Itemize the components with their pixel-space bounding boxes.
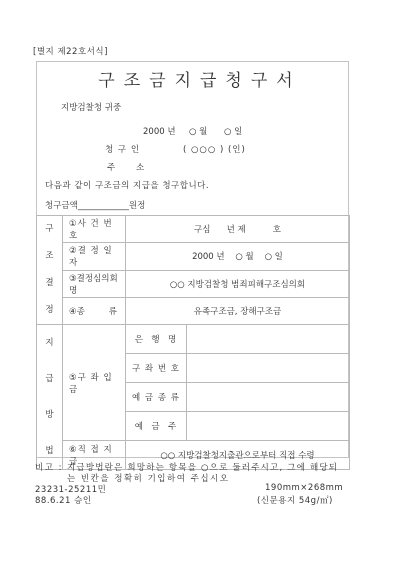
account-number-label: 구 좌 번 호: [126, 354, 187, 383]
decision-date-label: ②결 정 일 자: [63, 243, 126, 270]
amount-suffix: 원정: [129, 201, 145, 211]
decision-and-payment-table: 구 조 결 정 ①사 건 번 호 구심 년 제 호 ②결 정 일 자 2000 …: [36, 215, 350, 470]
account-transfer-label[interactable]: ⑤구 좌 입 금: [63, 325, 126, 441]
decision-section-label: 구 조 결 정: [37, 216, 63, 325]
amount-label: 청구금액: [45, 201, 78, 211]
table-row: ②결 정 일 자 2000 년 ○ 월 ○ 일: [37, 243, 350, 270]
table-row: 지 급 방 법 ⑤구 좌 입 금 은 행 명: [37, 325, 350, 354]
document-title: 구조금지급청구서: [0, 66, 400, 91]
decision-date-value[interactable]: 2000 년 ○ 월 ○ 일: [126, 243, 350, 270]
request-sentence: 다음과 같이 구조금의 지급을 청구합니다.: [45, 179, 209, 191]
type-value[interactable]: 유족구조금, 장해구조금: [126, 297, 350, 324]
addressee: 지방검찰청 귀중: [61, 101, 121, 113]
deposit-type-label: 예 금 종 류: [126, 383, 187, 412]
table-row: ④종 류 유족구조금, 장해구조금: [37, 297, 350, 324]
council-name-value[interactable]: ○○ 지방검찰청 범죄피해구조심의회: [126, 270, 350, 297]
deposit-type-field[interactable]: [187, 383, 350, 412]
claimant-value[interactable]: ( ○○○ ) (인): [183, 143, 246, 155]
remarks-prefix: 비고 :: [35, 461, 63, 473]
bank-name-field[interactable]: [187, 325, 350, 354]
table-row: ③결정심의회명 ○○ 지방검찰청 범죄피해구조심의회: [37, 270, 350, 297]
type-label: ④종 류: [63, 297, 126, 324]
amount-blank[interactable]: ____________: [78, 201, 129, 211]
date-year: 2000 년: [143, 125, 176, 137]
case-number-label: ①사 건 번 호: [63, 216, 126, 243]
council-name-label: ③결정심의회명: [63, 270, 126, 297]
amount-row: 청구금액____________원정: [45, 199, 145, 211]
account-number-field[interactable]: [187, 354, 350, 383]
form-number-label: [별지 제22호서식]: [33, 45, 108, 57]
date-month: ○ 월: [189, 125, 207, 137]
account-holder-field[interactable]: [187, 412, 350, 441]
bank-name-label: 은 행 명: [126, 325, 187, 354]
case-number-value[interactable]: 구심 년 제 호: [126, 216, 350, 243]
table-row: 구 조 결 정 ①사 건 번 호 구심 년 제 호: [37, 216, 350, 243]
date-day: ○ 일: [224, 125, 242, 137]
paper-type: (신문용지 54g/㎡): [257, 494, 333, 506]
payment-section-label: 지 급 방 법: [37, 325, 63, 470]
claimant-label: 청 구 인: [105, 143, 140, 155]
approval-date: 88.6.21 승인: [35, 494, 92, 506]
account-holder-label: 예 금 주: [126, 412, 187, 441]
paper-size: 190mm×268mm: [265, 483, 343, 493]
address-label: 주 소: [107, 161, 146, 173]
